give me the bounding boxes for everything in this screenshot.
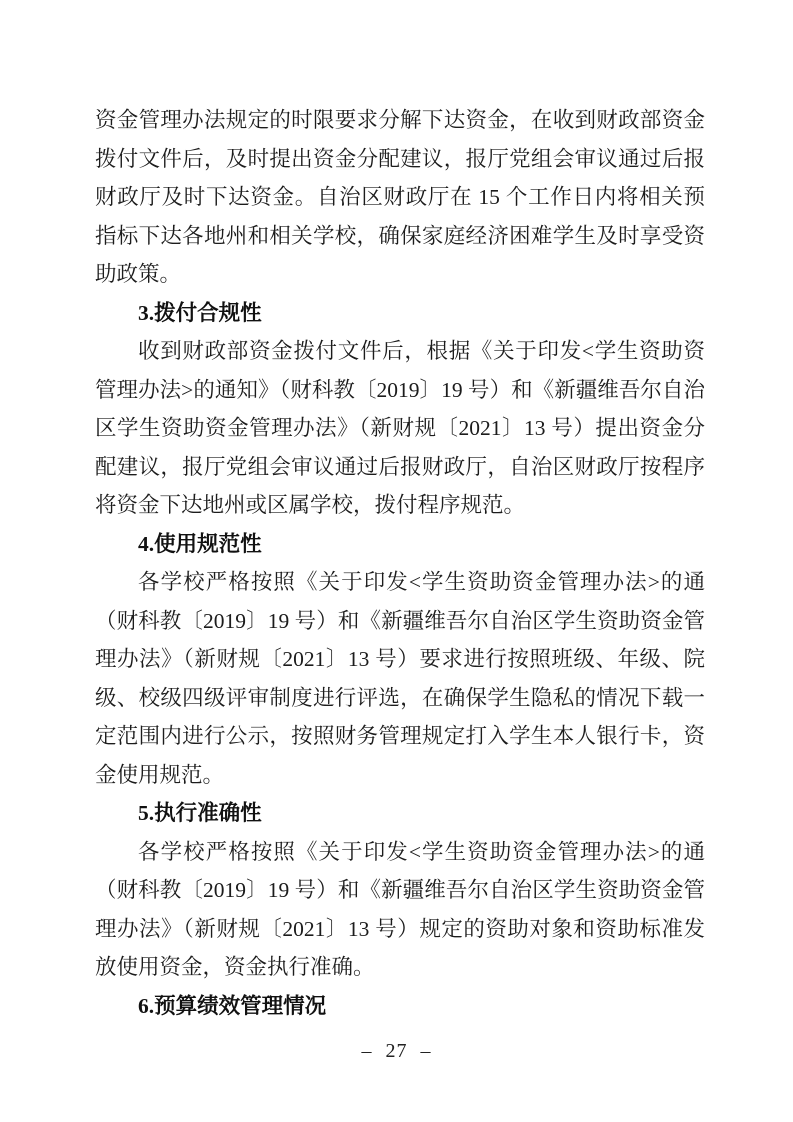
body-text-line: 管理办法>的通知》（财科教〔2019〕19 号）和《新疆维吾尔自治: [95, 371, 705, 410]
section-heading: 5.执行准确性: [95, 794, 705, 833]
body-text-line: 级、校级四级评审制度进行评选，在确保学生隐私的情况下载一: [95, 679, 705, 718]
body-text-line: 拨付文件后，及时提出资金分配建议，报厅党组会审议通过后报: [95, 140, 705, 179]
body-text-line: 指标下达各地州和相关学校，确保家庭经济困难学生及时享受资: [95, 217, 705, 256]
body-text-line: 资金管理办法规定的时限要求分解下达资金，在收到财政部资金: [95, 101, 705, 140]
document-body: 资金管理办法规定的时限要求分解下达资金，在收到财政部资金拨付文件后，及时提出资金…: [95, 101, 705, 1025]
body-text-line: 各学校严格按照《关于印发<学生资助资金管理办法>的通知》: [95, 563, 705, 602]
body-text-line: 理办法》（新财规〔2021〕13 号）要求进行按照班级、年级、院: [95, 640, 705, 679]
body-text-line: 助政策。: [95, 255, 705, 294]
body-text-line: 将资金下达地州或区属学校，拨付程序规范。: [95, 486, 705, 525]
section-heading: 4.使用规范性: [95, 525, 705, 564]
document-page: 资金管理办法规定的时限要求分解下达资金，在收到财政部资金拨付文件后，及时提出资金…: [0, 0, 793, 1122]
body-text-line: 配建议，报厅党组会审议通过后报财政厅，自治区财政厅按程序: [95, 448, 705, 487]
body-text-line: （财科教〔2019〕19 号）和《新疆维吾尔自治区学生资助资金管: [95, 871, 705, 910]
body-text-line: 区学生资助资金管理办法》（新财规〔2021〕13 号）提出资金分: [95, 409, 705, 448]
page-number: – 27 –: [0, 1040, 793, 1063]
body-text-line: 定范围内进行公示，按照财务管理规定打入学生本人银行卡，资: [95, 717, 705, 756]
section-heading: 3.拨付合规性: [95, 294, 705, 333]
body-text-line: 金使用规范。: [95, 756, 705, 795]
body-text-line: 理办法》（新财规〔2021〕13 号）规定的资助对象和资助标准发: [95, 910, 705, 949]
body-text-line: 放使用资金，资金执行准确。: [95, 948, 705, 987]
body-text-line: 各学校严格按照《关于印发<学生资助资金管理办法>的通知》: [95, 833, 705, 872]
body-text-line: （财科教〔2019〕19 号）和《新疆维吾尔自治区学生资助资金管: [95, 602, 705, 641]
body-text-line: 财政厅及时下达资金。自治区财政厅在 15 个工作日内将相关预算: [95, 178, 705, 217]
section-heading: 6.预算绩效管理情况: [95, 987, 705, 1026]
body-text-line: 收到财政部资金拨付文件后，根据《关于印发<学生资助资金: [95, 332, 705, 371]
